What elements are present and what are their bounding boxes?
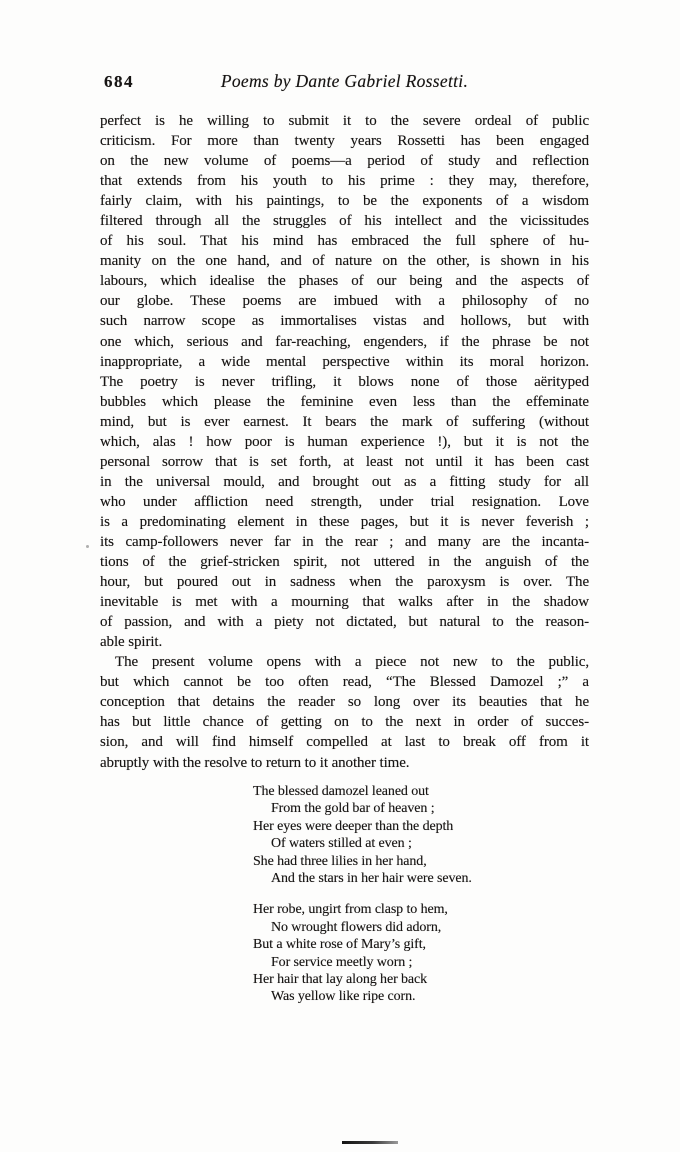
- text-line: in the universal mould, and brought out …: [100, 472, 589, 492]
- text-line: bubbles which please the feminine even l…: [100, 392, 589, 412]
- scan-speck: [86, 545, 89, 548]
- text-line: mind, but is ever earnest. It bears the …: [100, 412, 589, 432]
- poem-line: And the stars in her hair were seven.: [253, 870, 472, 887]
- page-header: 684 Poems by Dante Gabriel Rossetti.: [100, 71, 589, 95]
- printers-mark: [342, 1141, 398, 1144]
- running-title: Poems by Dante Gabriel Rossetti.: [100, 71, 589, 92]
- text-line: conception that detains the reader so lo…: [100, 692, 589, 712]
- text-line: which, alas ! how poor is human experien…: [100, 432, 589, 452]
- paragraph: perfect is he willing to submit it to th…: [100, 111, 589, 652]
- text-line: such narrow scope as immortalises vistas…: [100, 311, 589, 331]
- text-line: but which cannot be too often read, “The…: [100, 672, 589, 692]
- text-line: is a predominating element in these page…: [100, 512, 589, 532]
- poem-line: Her eyes were deeper than the depth: [253, 818, 472, 835]
- poem-line: For service meetly worn ;: [253, 954, 472, 971]
- poem-line: The blessed damozel leaned out: [253, 783, 472, 800]
- text-line: has but little chance of getting on to t…: [100, 712, 589, 732]
- text-line: perfect is he willing to submit it to th…: [100, 111, 589, 131]
- text-line: its camp-followers never far in the rear…: [100, 532, 589, 552]
- text-line: fairly claim, with his paintings, to be …: [100, 191, 589, 211]
- poem-line: But a white rose of Mary’s gift,: [253, 936, 472, 953]
- paragraph: The present volume opens with a piece no…: [100, 652, 589, 772]
- body-text: perfect is he willing to submit it to th…: [100, 111, 589, 773]
- text-line: our globe. These poems are imbued with a…: [100, 291, 589, 311]
- text-line: one which, serious and far-reaching, eng…: [100, 332, 589, 352]
- poem-line: Was yellow like ripe corn.: [253, 988, 472, 1005]
- text-line: on the new volume of poems—a period of s…: [100, 151, 589, 171]
- poem-stanza: The blessed damozel leaned outFrom the g…: [253, 783, 472, 887]
- poem-line: Her hair that lay along her back: [253, 971, 472, 988]
- text-line: able spirit.: [100, 632, 589, 652]
- text-line: manity on the one hand, and of nature on…: [100, 251, 589, 271]
- text-line: tions of the grief-stricken spirit, not …: [100, 552, 589, 572]
- text-line: personal sorrow that is set forth, at le…: [100, 452, 589, 472]
- text-line: labours, which idealise the phases of ou…: [100, 271, 589, 291]
- text-line: hour, but poured out in sadness when the…: [100, 572, 589, 592]
- text-line: abruptly with the resolve to return to i…: [100, 753, 589, 773]
- text-line: of his soul. That his mind has embraced …: [100, 231, 589, 251]
- poem-line: From the gold bar of heaven ;: [253, 800, 472, 817]
- poem-stanza: Her robe, ungirt from clasp to hem,No wr…: [253, 901, 472, 1005]
- poem-line: She had three lilies in her hand,: [253, 853, 472, 870]
- poem-line: Of waters stilled at even ;: [253, 835, 472, 852]
- text-line: filtered through all the struggles of hi…: [100, 211, 589, 231]
- page-number: 684: [104, 72, 134, 92]
- text-line: inevitable is met with a mourning that w…: [100, 592, 589, 612]
- text-line: of passion, and with a piety not dictate…: [100, 612, 589, 632]
- text-line: criticism. For more than twenty years Ro…: [100, 131, 589, 151]
- poem-block: The blessed damozel leaned outFrom the g…: [253, 783, 472, 1020]
- poem-line: No wrought flowers did adorn,: [253, 919, 472, 936]
- text-line: who under affliction need strength, unde…: [100, 492, 589, 512]
- text-line: that extends from his youth to his prime…: [100, 171, 589, 191]
- text-line: The present volume opens with a piece no…: [100, 652, 589, 672]
- poem-line: Her robe, ungirt from clasp to hem,: [253, 901, 472, 918]
- text-line: inappropriate, a wide mental perspective…: [100, 352, 589, 372]
- text-line: The poetry is never trifling, it blows n…: [100, 372, 589, 392]
- text-line: sion, and will find himself compelled at…: [100, 732, 589, 752]
- book-page: 684 Poems by Dante Gabriel Rossetti. per…: [0, 0, 680, 1152]
